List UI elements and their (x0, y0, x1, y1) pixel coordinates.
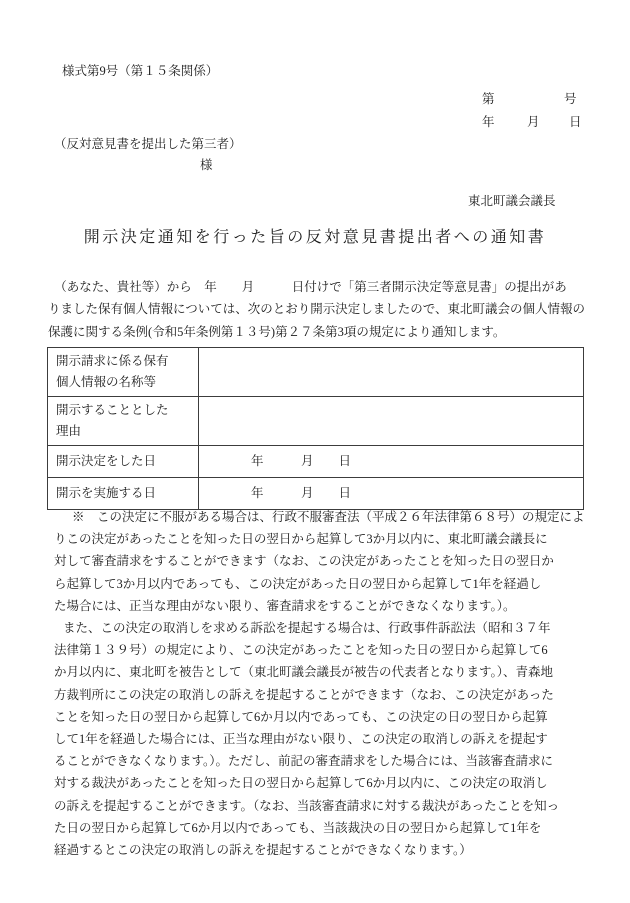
note-line: 方裁判所にこの決定の取消しの訴えを提起することができます（なお、この決定があった (48, 684, 585, 706)
addressee-honorific: 様 (200, 155, 213, 173)
note-line: た日の翌日から起算して6か月以内であっても、当該裁決の日の翌日から起算して1年を (48, 817, 585, 839)
table-row: 開示を実施する日 年 月 日 (48, 478, 584, 510)
note-line: 法律第１３９号）の規定により、この決定があったことを知った日の翌日から起算して6 (48, 639, 585, 661)
disclosure-info-table: 開示請求に係る保有 個人情報の名称等 開示することとした 理由 開示決定をした日… (47, 347, 584, 510)
row-label: 開示を実施する日 (48, 478, 199, 510)
form-number: 様式第9号（第１５条関係） (62, 61, 218, 79)
note-line: か月以内に、東北町を被告として（東北町議会議長が被告の代表者となります。）、青森… (48, 661, 585, 683)
table-row: 開示決定をした日 年 月 日 (48, 446, 584, 478)
note-line: りこの決定があったことを知った日の翌日から起算して3か月以内に、東北町議会議長に (48, 528, 585, 550)
row-label: 開示することとした 理由 (48, 397, 199, 446)
legal-note: ※ この決定に不服がある場合は、行政不服審査法（平成２６年法律第６８号）の規定に… (48, 506, 585, 861)
intro-paragraph: （あなた、貴社等）から 年 月 日付けで「第三者開示決定等意見書」の提出があ り… (48, 276, 585, 343)
page-title: 開示決定通知を行った旨の反対意見書提出者への通知書 (0, 224, 630, 247)
row-value (199, 348, 584, 397)
row-value: 年 月 日 (199, 446, 584, 478)
date-day-label: 日 (569, 112, 582, 130)
row-label: 開示請求に係る保有 個人情報の名称等 (48, 348, 199, 397)
date-month-label: 月 (527, 112, 540, 130)
note-line: 対して審査請求をすることができます（なお、この決定があったことを知った日の翌日か (48, 550, 585, 572)
note-line: また、この決定の取消しを求める訴訟を提起する場合は、行政事件訴訟法（昭和３７年 (48, 617, 585, 639)
date-year-label: 年 (482, 112, 495, 130)
note-line: ことを知った日の翌日から起算して6か月以内であっても、この決定の日の翌日から起算 (48, 706, 585, 728)
intro-line: 保護に関する条例(令和5年条例第１３号)第２７条第3項の規定により通知します。 (48, 321, 585, 343)
row-value: 年 月 日 (199, 478, 584, 510)
note-line: ら起算して3か月以内であっても、この決定があった日の翌日から起算して1年を経過し (48, 573, 585, 595)
note-line: の訴えを提起することができます。（なお、当該審査請求に対する裁決があったことを知… (48, 795, 585, 817)
note-line: た場合には、正当な理由がない限り、審査請求をすることができなくなります。）。 (48, 595, 585, 617)
note-line: 経過するとこの決定の取消しの訴えを提起することができなくなります。） (48, 839, 585, 861)
intro-line: （あなた、貴社等）から 年 月 日付けで「第三者開示決定等意見書」の提出があ (48, 276, 585, 298)
addressee-note: （反対意見書を提出した第三者） (54, 134, 242, 152)
table-row: 開示請求に係る保有 個人情報の名称等 (48, 348, 584, 397)
doc-number-prefix: 第 (482, 89, 495, 107)
row-value (199, 397, 584, 446)
note-line: ※ この決定に不服がある場合は、行政不服審査法（平成２６年法律第６８号）の規定に… (48, 506, 585, 528)
sender: 東北町議会議長 (468, 191, 556, 209)
row-label: 開示決定をした日 (48, 446, 199, 478)
document-page: 様式第9号（第１５条関係） 第 号 年 月 日 （反対意見書を提出した第三者） … (0, 0, 630, 903)
note-line: して1年を経過した場合には、正当な理由がない限り、この決定の取消しの訴えを提起す (48, 728, 585, 750)
note-line: 対する裁決があったことを知った日の翌日から起算して6か月以内に、この決定の取消し (48, 772, 585, 794)
note-line: ることができなくなります。）。ただし、前記の審査請求をした場合には、当該審査請求… (48, 750, 585, 772)
doc-number-suffix: 号 (564, 89, 577, 107)
table-row: 開示することとした 理由 (48, 397, 584, 446)
intro-line: りました保有個人情報については、次のとおり開示決定しましたので、東北町議会の個人… (48, 298, 585, 320)
